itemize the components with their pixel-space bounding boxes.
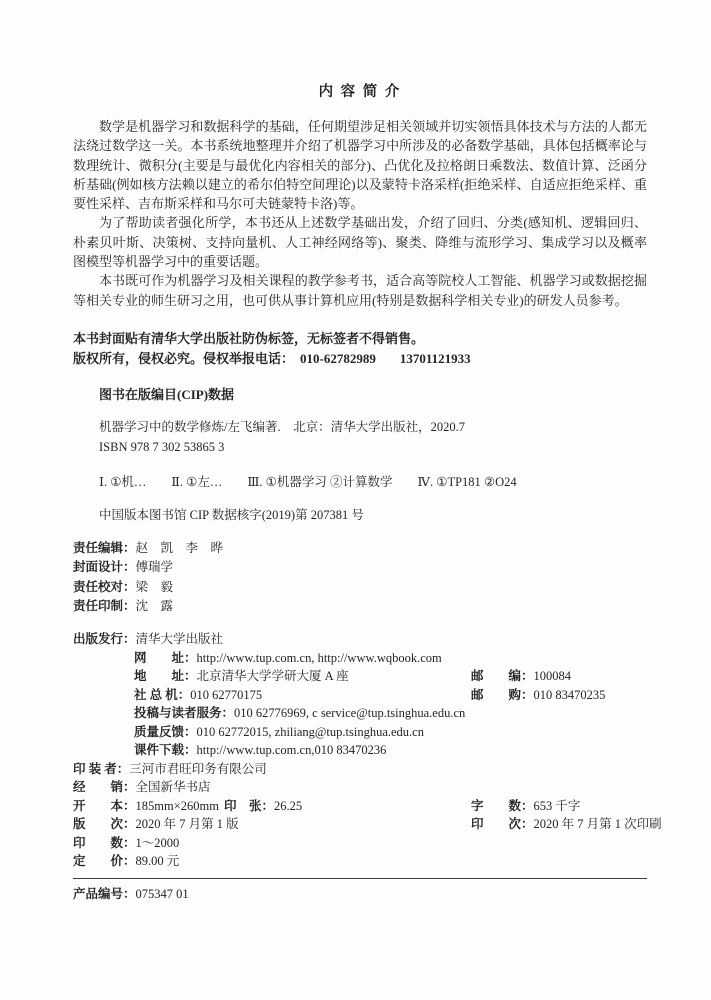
mail-order-label: 邮 购：	[471, 688, 534, 702]
distributor-label: 经 销：	[73, 780, 136, 794]
sheets-value: 26.25	[274, 799, 302, 813]
quality-feedback-value: 010 62772015, zhiliang@tup.tsinghua.edu.…	[197, 725, 424, 739]
isbn-line: ISBN 978 7 302 53865 3	[99, 437, 647, 457]
intro-paragraph-2: 为了帮助读者强化所学，本书还从上述数学基础出发，介绍了回归、分类(感知机、逻辑回…	[73, 213, 647, 271]
quality-feedback-row: 质量反馈：010 62772015, zhiliang@tup.tsinghua…	[73, 723, 647, 742]
format-label: 开 本：	[73, 799, 136, 813]
distributor-name: 全国新华书店	[136, 780, 211, 794]
impression-cell: 印 次：2020 年 7 月第 1 次印刷	[471, 815, 662, 834]
website-row: 网 址：http://www.tup.com.cn, http://www.wq…	[73, 649, 647, 668]
proofreader-label: 责任校对：	[73, 580, 136, 594]
print-run-row: 印 数：1～2000	[73, 834, 647, 853]
cip-data-block: 图书在版编目(CIP)数据 机器学习中的数学修炼/左飞编著. 北京：清华大学出版…	[73, 384, 647, 523]
address-row: 地 址：北京清华大学学研大厦 A 座 邮 编：100084	[73, 667, 647, 686]
edition-value: 2020 年 7 月第 1 版	[136, 817, 239, 831]
impression-label: 印 次：	[471, 817, 534, 831]
courseware-value: http://www.tup.com.cn,010 83470236	[197, 743, 387, 757]
mail-order-value: 010 83470235	[534, 688, 606, 702]
word-count-cell: 字 数：653 千字	[471, 797, 580, 816]
publisher-block: 出版发行：清华大学出版社 网 址：http://www.tup.com.cn, …	[73, 630, 647, 760]
intro-paragraph-3: 本书既可作为机器学习及相关课程的教学参考书，适合高等院校人工智能、机器学习或数据…	[73, 271, 647, 310]
intro-paragraph-1: 数学是机器学习和数据科学的基础，任何期望涉足相关领域并切实领悟具体技术与方法的人…	[73, 117, 647, 213]
word-count-value: 653 千字	[534, 799, 581, 813]
print-run-label: 印 数：	[73, 836, 136, 850]
cip-record-line: 中国版本图书馆 CIP 数据核字(2019)第 207381 号	[99, 505, 647, 523]
postcode-value: 100084	[534, 669, 572, 683]
content-summary-title: 内 容 简 介	[73, 80, 647, 101]
price-row: 定 价：89.00 元	[73, 852, 647, 871]
reader-service-label: 投稿与读者服务：	[134, 706, 234, 720]
word-count-label: 字 数：	[471, 799, 534, 813]
print-supervisor-row: 责任印制：沈 露	[73, 597, 647, 616]
copyright-warning-line: 版权所有，侵权必究。侵权举报电话：010-6278298913701121933	[73, 349, 647, 370]
printer-row: 印 装 者：三河市君旺印务有限公司	[73, 760, 647, 779]
proofreader-row: 责任校对：梁 毅	[73, 578, 647, 597]
postcode-label: 邮 编：	[471, 669, 534, 683]
publisher-name: 清华大学出版社	[136, 632, 224, 646]
publisher-row: 出版发行：清华大学出版社	[73, 630, 647, 649]
switchboard-value: 010 62770175	[190, 688, 262, 702]
reader-service-row: 投稿与读者服务：010 62776969, c service@tup.tsin…	[73, 704, 647, 723]
quality-feedback-label: 质量反馈：	[134, 725, 197, 739]
editor-name: 赵 凯 李 晔	[136, 541, 224, 555]
staff-credits: 责任编辑：赵 凯 李 晔 封面设计：傅瑞学 责任校对：梁 毅 责任印制：沈 露	[73, 539, 647, 616]
postcode-cell: 邮 编：100084	[471, 667, 571, 686]
cip-title-line: 机器学习中的数学修炼/左飞编著. 北京：清华大学出版社，2020.7	[99, 418, 647, 437]
mail-order-cell: 邮 购：010 83470235	[471, 686, 605, 705]
switchboard-label: 社 总 机：	[134, 688, 190, 702]
distributor-row: 经 销：全国新华书店	[73, 778, 647, 797]
address-value: 北京清华大学学研大厦 A 座	[197, 669, 349, 683]
cip-class-ii: Ⅱ. ①左…	[171, 475, 222, 489]
print-run-value: 1～2000	[136, 836, 180, 850]
cip-classification-line: Ⅰ. ①机…Ⅱ. ①左…Ⅲ. ①机器学习 ②计算数学Ⅳ. ①TP181 ②O24	[99, 472, 647, 490]
switchboard-row: 社 总 机：010 62770175 邮 购：010 83470235	[73, 686, 647, 705]
reader-service-value: 010 62776969, c service@tup.tsinghua.edu…	[234, 706, 465, 720]
publisher-label: 出版发行：	[73, 632, 136, 646]
courseware-label: 课件下载：	[134, 743, 197, 757]
piracy-report-phone-2: 13701121933	[400, 351, 471, 366]
courseware-row: 课件下载：http://www.tup.com.cn,010 83470236	[73, 741, 647, 760]
printer-label: 印 装 者：	[73, 762, 129, 776]
edition-label: 版 次：	[73, 817, 136, 831]
printer-name: 三河市君旺印务有限公司	[129, 762, 267, 776]
book-copyright-page: 内 容 简 介 数学是机器学习和数据科学的基础，任何期望涉足相关领域并切实领悟具…	[0, 0, 711, 1000]
address-label: 地 址：	[134, 669, 197, 683]
piracy-report-phone-1: 010-62782989	[300, 351, 376, 366]
copyright-warning-text: 版权所有，侵权必究。侵权举报电话：	[73, 351, 294, 366]
anti-counterfeit-line: 本书封面贴有清华大学出版社防伪标签，无标签者不得销售。	[73, 329, 647, 350]
product-code-value: 075347 01	[136, 887, 189, 901]
printing-specs-block: 印 装 者：三河市君旺印务有限公司 经 销：全国新华书店 开 本：185mm×2…	[73, 760, 647, 871]
content-summary: 数学是机器学习和数据科学的基础，任何期望涉足相关领域并切实领悟具体技术与方法的人…	[73, 117, 647, 310]
product-code-label: 产品编号：	[73, 887, 136, 901]
price-value: 89.00 元	[136, 854, 180, 868]
cover-design-row: 封面设计：傅瑞学	[73, 558, 647, 577]
product-code-row: 产品编号：075347 01	[73, 885, 647, 904]
edition-row: 版 次：2020 年 7 月第 1 版 印 次：2020 年 7 月第 1 次印…	[73, 815, 647, 834]
sheets-label: 印 张：	[224, 799, 274, 813]
editor-label: 责任编辑：	[73, 541, 136, 555]
website-urls: http://www.tup.com.cn, http://www.wqbook…	[197, 651, 442, 665]
editor-row: 责任编辑：赵 凯 李 晔	[73, 539, 647, 558]
proofreader-name: 梁 毅	[136, 580, 174, 594]
format-value: 185mm×260mm	[136, 799, 219, 813]
sheets-cell: 印 张：26.25	[224, 797, 302, 816]
cover-designer-name: 傅瑞学	[136, 560, 174, 574]
cip-class-iii: Ⅲ. ①机器学习 ②计算数学	[247, 475, 392, 489]
cip-class-i: Ⅰ. ①机…	[99, 475, 146, 489]
format-row: 开 本：185mm×260mm 印 张：26.25 字 数：653 千字	[73, 797, 647, 816]
cip-class-iv: Ⅳ. ①TP181 ②O24	[418, 475, 517, 489]
anti-counterfeit-notice: 本书封面贴有清华大学出版社防伪标签，无标签者不得销售。 版权所有，侵权必究。侵权…	[73, 329, 647, 370]
cover-design-label: 封面设计：	[73, 560, 136, 574]
print-supervisor-label: 责任印制：	[73, 599, 136, 613]
print-supervisor-name: 沈 露	[136, 599, 174, 613]
impression-value: 2020 年 7 月第 1 次印刷	[534, 817, 662, 831]
website-label: 网 址：	[134, 651, 197, 665]
price-label: 定 价：	[73, 854, 136, 868]
divider-rule	[73, 878, 647, 879]
cip-heading: 图书在版编目(CIP)数据	[99, 384, 647, 403]
